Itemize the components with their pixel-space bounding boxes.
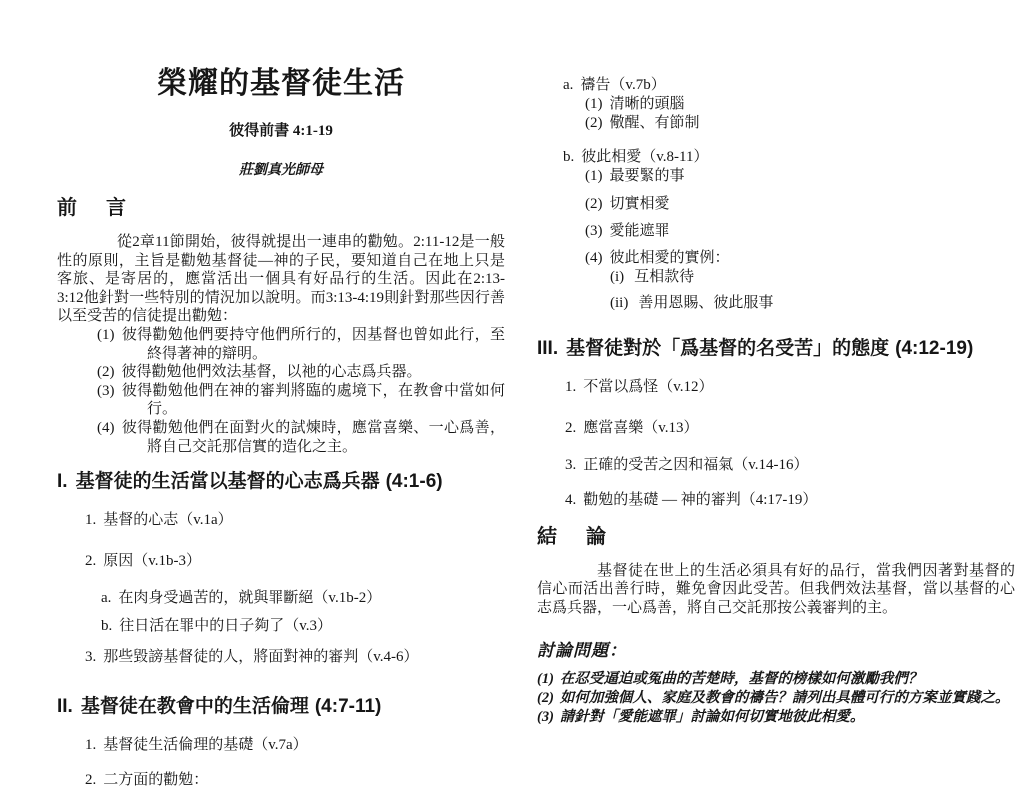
outline-item: 3.正確的受苦之因和福氣（v.14-16） <box>565 456 1015 475</box>
item-text: 彼此相愛（v.8-11） <box>581 149 708 165</box>
item-text: 勸勉的基礎 — 神的審判（4:17-19） <box>583 492 817 508</box>
outline-item: b.往日活在罪中的日子夠了（v.3） <box>101 617 505 636</box>
item-marker: (1) <box>97 327 115 343</box>
item-text: 在忍受逼迫或冤曲的苦楚時，基督的榜樣如何激勵我們？ <box>560 671 923 687</box>
section-1-ref: (4:1-6) <box>386 471 443 492</box>
item-text: 互相款待 <box>634 269 694 285</box>
outline-item: 2.二方面的勸勉： <box>85 771 505 790</box>
section-1-title: 基督徒的生活當以基督的心志爲兵器 <box>76 471 380 492</box>
author-name: 莊劉真光師母 <box>57 159 505 179</box>
sub-item: (2)切實相愛 <box>585 195 1015 214</box>
item-text: 應當喜樂（v.13） <box>583 420 698 436</box>
item-text: 請針對「愛能遮罪」討論如何切實地彼此相愛。 <box>560 709 865 725</box>
item-marker: (3) <box>585 223 603 239</box>
sub-example: (ii)善用恩賜、彼此服事 <box>610 294 1015 313</box>
item-text: 愛能遮罪 <box>610 223 670 239</box>
outline-item: 2.原因（v.1b-3） <box>85 552 505 571</box>
section-2-number: II. <box>57 696 73 717</box>
item-text: 最要緊的事 <box>610 168 685 184</box>
preface-item-1: (1)彼得勸勉他們要持守他們所行的，因基督也曾如此行，至終得著神的辯明。 <box>97 326 505 363</box>
item-marker: a. <box>101 590 111 606</box>
section-3-ref: (4:12-19) <box>895 338 973 359</box>
item-text: 彼得勸勉他們效法基督，以祂的心志爲兵器。 <box>122 364 422 380</box>
preface-item-3: (3)彼得勸勉他們在神的審判將臨的處境下，在教會中當如何行。 <box>97 382 505 419</box>
item-marker: 2. <box>565 420 576 436</box>
item-marker: (4) <box>585 250 603 266</box>
outline-item: 3.那些毀謗基督徒的人，將面對神的審判（v.4-6） <box>85 648 505 667</box>
item-text: 基督徒生活倫理的基礎（v.7a） <box>103 737 307 753</box>
sub-point-b: b.彼此相愛（v.8-11） <box>563 148 1015 167</box>
item-marker: (1) <box>585 168 603 184</box>
item-marker: (1) <box>537 671 554 687</box>
item-text: 往日活在罪中的日子夠了（v.3） <box>119 618 332 634</box>
outline-item: 1.基督的心志（v.1a） <box>85 511 505 530</box>
preface-paragraph: 從2章11節開始，彼得就提出一連串的勸勉。2:11-12是一般性的原則，主旨是勸… <box>57 233 505 326</box>
item-marker: (2) <box>97 364 115 380</box>
item-text: 彼得勸勉他們在面對火的試煉時，應當喜樂、一心爲善，將自己交託那信實的造化之主。 <box>122 420 506 455</box>
item-marker: b. <box>101 618 112 634</box>
discussion-question-3: (3)請針對「愛能遮罪」討論如何切實地彼此相愛。 <box>537 708 1015 727</box>
item-text: 彼得勸勉他們在神的審判將臨的處境下，在教會中當如何行。 <box>122 383 506 418</box>
item-text: 正確的受苦之因和福氣（v.14-16） <box>583 457 808 473</box>
sub-point-a: a.禱告（v.7b） <box>563 76 1015 95</box>
sub-example: (i)互相款待 <box>610 268 1015 287</box>
section-2-ref: (4:7-11) <box>315 696 382 717</box>
discussion-question-list: (1)在忍受逼迫或冤曲的苦楚時，基督的榜樣如何激勵我們？ (2)如何加強個人、家… <box>537 670 1015 727</box>
preface-heading: 前 言 <box>57 191 505 220</box>
discussion-question-1: (1)在忍受逼迫或冤曲的苦楚時，基督的榜樣如何激勵我們？ <box>537 670 1015 689</box>
item-text: 彼得勸勉他們要持守他們所行的，因基督也曾如此行，至終得著神的辯明。 <box>122 327 506 362</box>
section-2-heading: II.基督徒在教會中的生活倫理(4:7-11) <box>57 691 505 718</box>
document-page: 榮耀的基督徒生活 彼得前書 4:1-19 莊劉真光師母 前 言 從2章11節開始… <box>0 0 1024 791</box>
preface-list: (1)彼得勸勉他們要持守他們所行的，因基督也曾如此行，至終得著神的辯明。 (2)… <box>97 326 505 456</box>
sub-item: (1)清晰的頭腦 <box>585 95 1015 114</box>
discussion-heading: 討論問題： <box>537 636 1015 661</box>
item-marker: (2) <box>537 690 554 706</box>
sub-item: (1)最要緊的事 <box>585 167 1015 186</box>
section-3-title: 基督徒對於「爲基督的名受苦」的態度 <box>566 338 889 359</box>
item-text: 彼此相愛的實例： <box>610 250 730 266</box>
document-title: 榮耀的基督徒生活 <box>57 58 505 102</box>
item-text: 原因（v.1b-3） <box>103 553 201 569</box>
discussion-question-2: (2)如何加強個人、家庭及教會的禱告？請列出具體可行的方案並實踐之。 <box>537 689 1015 708</box>
sub-item: (3)愛能遮罪 <box>585 222 1015 241</box>
item-text: 切實相愛 <box>610 196 670 212</box>
sub-item: (4)彼此相愛的實例： <box>585 249 1015 268</box>
item-marker: (4) <box>97 420 115 436</box>
scripture-reference: 彼得前書 4:1-19 <box>57 119 505 140</box>
outline-item: 4.勸勉的基礎 — 神的審判（4:17-19） <box>565 491 1015 510</box>
item-marker: (ii) <box>610 295 628 311</box>
preface-item-4: (4)彼得勸勉他們在面對火的試煉時，應當喜樂、一心爲善，將自己交託那信實的造化之… <box>97 419 505 456</box>
item-marker: 1. <box>85 737 96 753</box>
item-text: 清晰的頭腦 <box>610 96 685 112</box>
item-marker: (3) <box>537 709 554 725</box>
item-marker: 1. <box>85 512 96 528</box>
section-3-number: III. <box>537 338 558 359</box>
item-marker: 3. <box>565 457 576 473</box>
item-text: 二方面的勸勉： <box>103 772 208 788</box>
section-2-title: 基督徒在教會中的生活倫理 <box>81 696 309 717</box>
item-marker: 4. <box>565 492 576 508</box>
item-marker: (2) <box>585 196 603 212</box>
preface-item-2: (2)彼得勸勉他們效法基督，以祂的心志爲兵器。 <box>97 363 505 382</box>
item-marker: (i) <box>610 269 624 285</box>
item-marker: b. <box>563 149 574 165</box>
item-text: 在肉身受過苦的，就與罪斷絕（v.1b-2） <box>118 590 381 606</box>
outline-item: 2.應當喜樂（v.13） <box>565 419 1015 438</box>
section-3-heading: III.基督徒對於「爲基督的名受苦」的態度(4:12-19) <box>537 333 1015 360</box>
right-column: a.禱告（v.7b） (1)清晰的頭腦 (2)儆醒、有節制 b.彼此相愛（v.8… <box>537 76 1015 727</box>
section-1-heading: I.基督徒的生活當以基督的心志爲兵器(4:1-6) <box>57 466 505 493</box>
item-text: 那些毀謗基督徒的人，將面對神的審判（v.4-6） <box>103 649 418 665</box>
item-text: 不當以爲怪（v.12） <box>583 379 713 395</box>
item-text: 儆醒、有節制 <box>610 115 700 131</box>
item-marker: (1) <box>585 96 603 112</box>
outline-item: a.在肉身受過苦的，就與罪斷絕（v.1b-2） <box>101 589 505 608</box>
item-marker: 3. <box>85 649 96 665</box>
conclusion-heading: 結 論 <box>537 520 1015 549</box>
item-marker: 2. <box>85 772 96 788</box>
item-text: 基督的心志（v.1a） <box>103 512 232 528</box>
left-column: 榮耀的基督徒生活 彼得前書 4:1-19 莊劉真光師母 前 言 從2章11節開始… <box>57 46 505 790</box>
section-1-number: I. <box>57 471 68 492</box>
item-marker: 1. <box>565 379 576 395</box>
item-text: 禱告（v.7b） <box>580 77 665 93</box>
item-marker: 2. <box>85 553 96 569</box>
item-marker: a. <box>563 77 573 93</box>
outline-item: 1.基督徒生活倫理的基礎（v.7a） <box>85 736 505 755</box>
outline-item: 1.不當以爲怪（v.12） <box>565 378 1015 397</box>
item-text: 善用恩賜、彼此服事 <box>638 295 773 311</box>
sub-item: (2)儆醒、有節制 <box>585 114 1015 133</box>
item-marker: (2) <box>585 115 603 131</box>
item-marker: (3) <box>97 383 115 399</box>
conclusion-paragraph: 基督徒在世上的生活必須具有好的品行，當我們因著對基督的信心而活出善行時，難免會因… <box>537 562 1015 618</box>
item-text: 如何加強個人、家庭及教會的禱告？請列出具體可行的方案並實踐之。 <box>560 690 1010 706</box>
